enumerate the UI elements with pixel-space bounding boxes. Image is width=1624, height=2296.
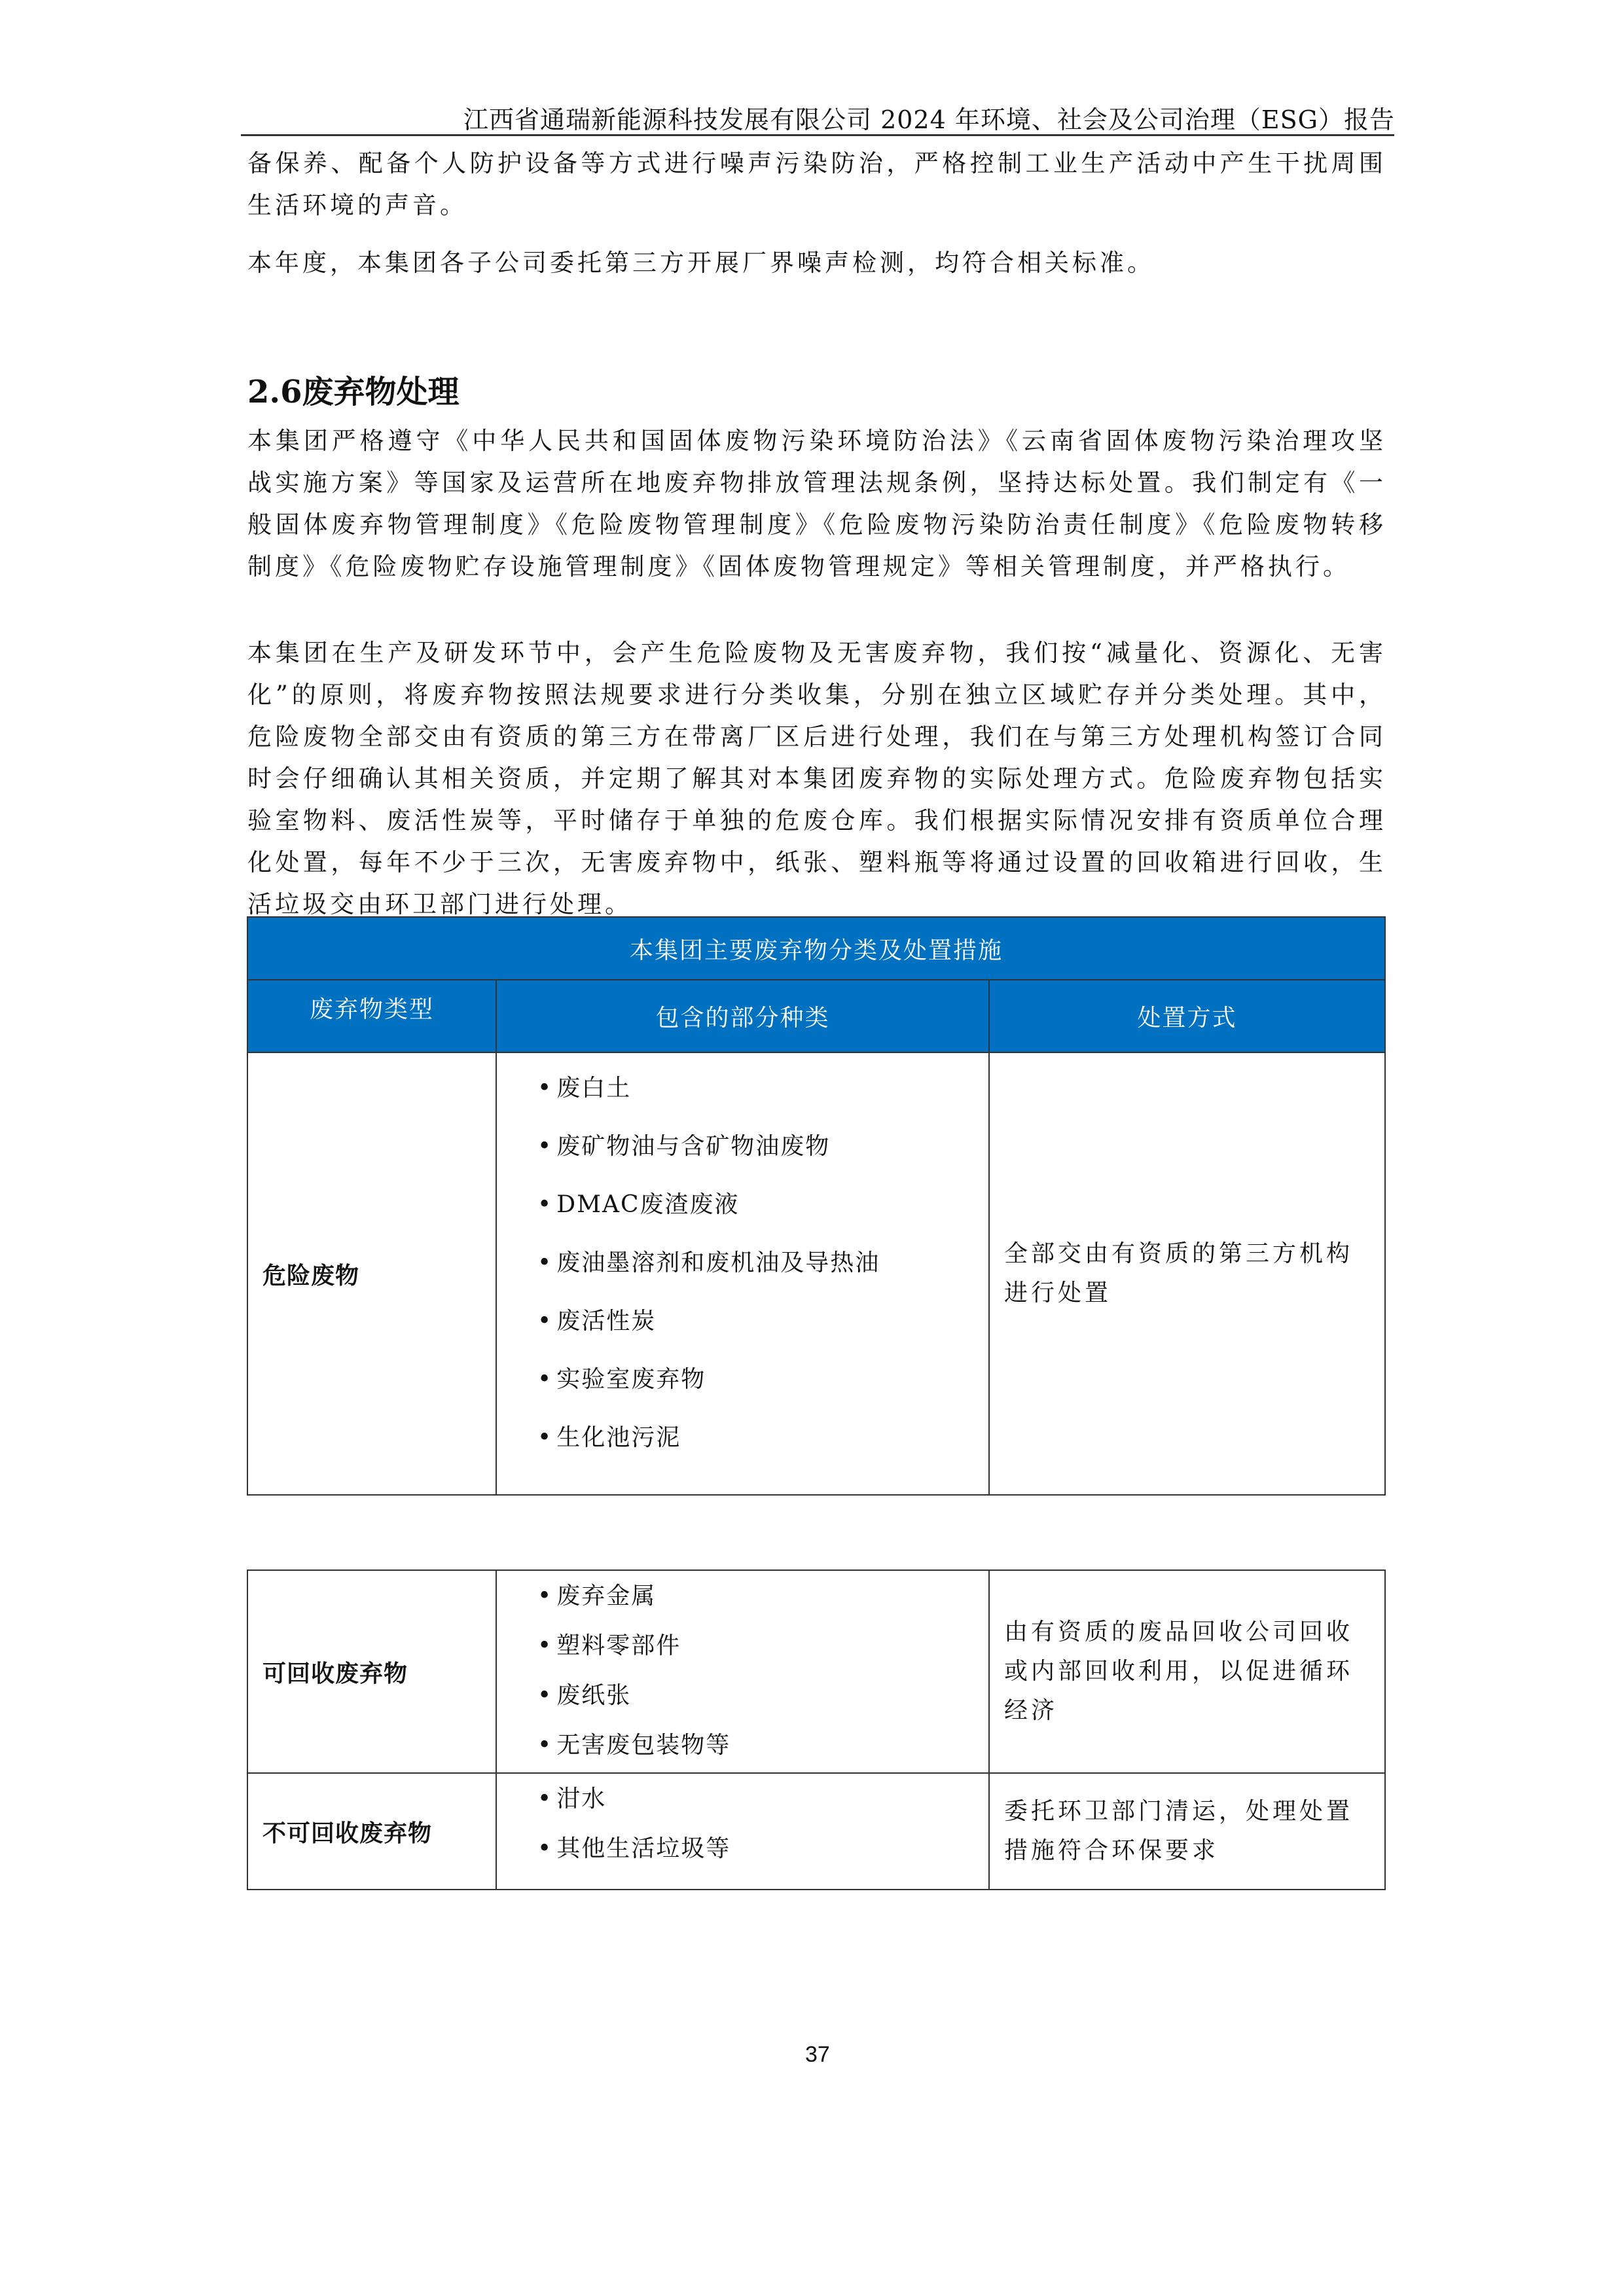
table-row-recyclable: 可回收废弃物 废弃金属 塑料零部件 废纸张 无害废包装物等 由有资质的废品回收公… (247, 1570, 1385, 1773)
section-title: 2.6废弃物处理 (247, 367, 460, 412)
list-item: 塑料零部件 (537, 1621, 988, 1671)
list-item: 无害废包装物等 (537, 1721, 988, 1770)
list-item: 废油墨溶剂和废机油及导热油 (537, 1234, 988, 1292)
noise-paragraph: 本年度，本集团各子公司委托第三方开展厂界噪声检测，均符合相关标准。 (247, 242, 1386, 284)
table-row-hazardous: 危险废物 废白土 废矿物油与含矿物油废物 DMAC废渣废液 废油墨溶剂和废机油及… (247, 1052, 1385, 1495)
waste-items-cell: 泔水 其他生活垃圾等 (496, 1773, 989, 1890)
disposal-method-cell: 由有资质的废品回收公司回收或内部回收利用，以促进循环经济 (989, 1570, 1385, 1773)
section-paragraph-1: 本集团严格遵守《中华人民共和国固体废物污染环境防治法》《云南省固体废物污染治理攻… (247, 420, 1386, 588)
waste-type-cell: 不可回收废弃物 (247, 1773, 496, 1890)
intro-paragraph: 备保养、配备个人防护设备等方式进行噪声污染防治，严格控制工业生产活动中产生干扰周… (247, 143, 1386, 226)
waste-items-cell: 废白土 废矿物油与含矿物油废物 DMAC废渣废液 废油墨溶剂和废机油及导热油 废… (496, 1052, 989, 1495)
list-item: 废弃金属 (537, 1571, 988, 1621)
list-item: DMAC废渣废液 (537, 1175, 988, 1234)
list-item: 其他生活垃圾等 (537, 1824, 988, 1874)
disposal-method-cell: 全部交由有资质的第三方机构进行处置 (989, 1052, 1385, 1495)
list-item: 废白土 (537, 1059, 988, 1117)
header-divider (241, 134, 1394, 136)
waste-table: 本集团主要废弃物分类及处置措施 废弃物类型 包含的部分种类 处置方式 危险废物 … (247, 916, 1386, 1496)
table-row-non-recyclable: 不可回收废弃物 泔水 其他生活垃圾等 委托环卫部门清运，处理处置措施符合环保要求 (247, 1773, 1385, 1890)
column-header-method: 处置方式 (989, 980, 1385, 1052)
list-item: 泔水 (537, 1774, 988, 1824)
list-item: 实验室废弃物 (537, 1350, 988, 1408)
report-header-title: 江西省通瑞新能源科技发展有限公司 2024 年环境、社会及公司治理（ESG）报告 (463, 99, 1395, 135)
column-header-items: 包含的部分种类 (496, 980, 989, 1052)
table-title: 本集团主要废弃物分类及处置措施 (247, 917, 1385, 980)
waste-items-cell: 废弃金属 塑料零部件 废纸张 无害废包装物等 (496, 1570, 989, 1773)
list-item: 废矿物油与含矿物油废物 (537, 1117, 988, 1175)
column-header-type: 废弃物类型 (247, 980, 496, 1052)
waste-table-continued: 可回收废弃物 废弃金属 塑料零部件 废纸张 无害废包装物等 由有资质的废品回收公… (247, 1570, 1386, 1890)
list-item: 生化池污泥 (537, 1408, 988, 1467)
list-item: 废活性炭 (537, 1292, 988, 1350)
page-number: 37 (805, 2042, 830, 2068)
waste-type-cell: 危险废物 (247, 1052, 496, 1495)
list-item: 废纸张 (537, 1671, 988, 1721)
section-paragraph-2: 本集团在生产及研发环节中，会产生危险废物及无害废弃物，我们按“减量化、资源化、无… (247, 632, 1386, 925)
waste-type-cell: 可回收废弃物 (247, 1570, 496, 1773)
disposal-method-cell: 委托环卫部门清运，处理处置措施符合环保要求 (989, 1773, 1385, 1890)
